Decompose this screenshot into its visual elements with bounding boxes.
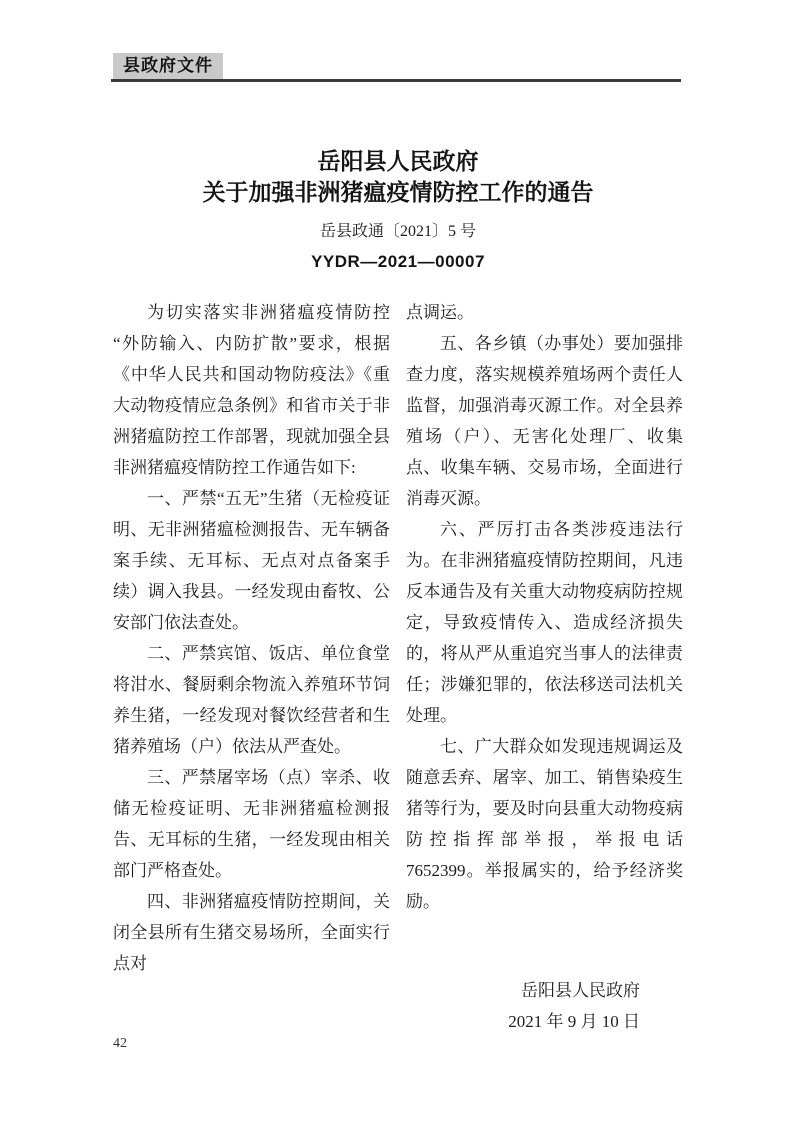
body-paragraph: 四、非洲猪瘟疫情防控期间，关闭全县所有生猪交易场所，全面实行点对 — [113, 886, 390, 979]
signature-organization: 岳阳县人民政府 — [406, 975, 640, 1006]
title-subject: 关于加强非洲猪瘟疫情防控工作的通告 — [113, 177, 683, 208]
signature-block: 岳阳县人民政府 2021 年 9 月 10 日 — [406, 975, 683, 1037]
document-number: 岳县政通〔2021〕5 号 — [113, 217, 683, 247]
body-paragraph: 三、严禁屠宰场（点）宰杀、收储无检疫证明、无非洲猪瘟检测报告、无耳标的生猪，一经… — [113, 762, 390, 886]
header-divider — [111, 79, 681, 82]
header-label: 县政府文件 — [113, 53, 223, 79]
document-code: YYDR—2021—00007 — [113, 247, 683, 277]
left-column: 为切实落实非洲猪瘟疫情防控“外防输入、内防扩散”要求，根据《中华人民共和国动物防… — [113, 297, 390, 1037]
body-paragraph: 五、各乡镇（办事处）要加强排查力度，落实规模养殖场两个责任人监督，加强消毒灭源工… — [406, 328, 683, 514]
signature-date: 2021 年 9 月 10 日 — [406, 1006, 640, 1037]
body-paragraph-continuation: 点调运。 — [406, 297, 683, 328]
page-number: 42 — [113, 1036, 127, 1052]
body-columns: 为切实落实非洲猪瘟疫情防控“外防输入、内防扩散”要求，根据《中华人民共和国动物防… — [113, 297, 683, 1037]
body-paragraph: 为切实落实非洲猪瘟疫情防控“外防输入、内防扩散”要求，根据《中华人民共和国动物防… — [113, 297, 390, 483]
body-paragraph: 二、严禁宾馆、饭店、单位食堂将泔水、餐厨剩余物流入养殖环节饲养生猪，一经发现对餐… — [113, 638, 390, 762]
right-column: 点调运。 五、各乡镇（办事处）要加强排查力度，落实规模养殖场两个责任人监督，加强… — [406, 297, 683, 1037]
title-block: 岳阳县人民政府 关于加强非洲猪瘟疫情防控工作的通告 岳县政通〔2021〕5 号 … — [113, 146, 683, 277]
document-page: 县政府文件 岳阳县人民政府 关于加强非洲猪瘟疫情防控工作的通告 岳县政通〔202… — [0, 0, 793, 1122]
body-paragraph: 一、严禁“五无”生猪（无检疫证明、无非洲猪瘟检测报告、无车辆备案手续、无耳标、无… — [113, 483, 390, 638]
title-organization: 岳阳县人民政府 — [113, 146, 683, 177]
body-paragraph: 七、广大群众如发现违规调运及随意丢弃、屠宰、加工、销售染疫生猪等行为，要及时向县… — [406, 731, 683, 917]
body-paragraph: 六、严厉打击各类涉疫违法行为。在非洲猪瘟疫情防控期间，凡违反本通告及有关重大动物… — [406, 514, 683, 731]
